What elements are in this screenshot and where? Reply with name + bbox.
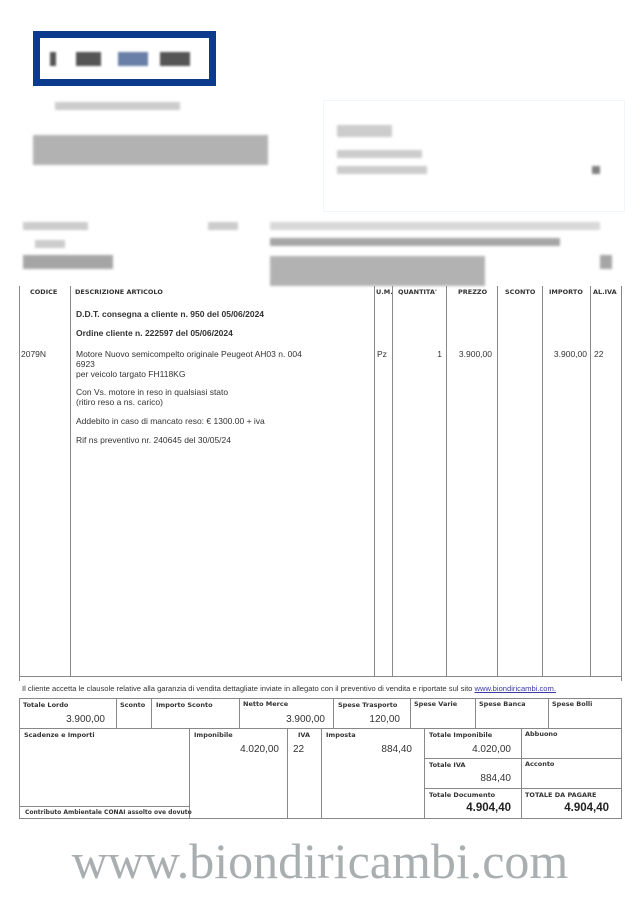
item-price: 3.900,00 <box>448 349 492 359</box>
col-header-descrizione: DESCRIZIONE ARTICOLO <box>75 288 163 296</box>
doc-info-redacted-7 <box>270 256 485 286</box>
note-return-2: (ritiro reso a ns. carico) <box>76 397 163 407</box>
ddt-reference: D.D.T. consegna a cliente n. 950 del 05/… <box>76 309 264 319</box>
note-quote-ref: Rif ns preventivo nr. 240645 del 30/05/2… <box>76 435 231 445</box>
spese-trasporto-label: Spese Trasporto <box>338 701 397 709</box>
order-reference: Ordine cliente n. 222597 del 05/06/2024 <box>76 328 233 338</box>
col-header-importo: IMPORTO <box>549 288 583 296</box>
item-description-line-3: per veicolo targato FH118KG <box>76 369 185 379</box>
totale-da-pagare-value: 4.904,40 <box>525 802 609 814</box>
doc-info-redacted-6 <box>270 238 560 246</box>
totale-iva-value: 884,40 <box>429 773 511 784</box>
spese-bolli-label: Spese Bolli <box>552 700 592 708</box>
company-logo-redacted <box>33 31 216 86</box>
netto-merce-label: Netto Merce <box>243 700 288 708</box>
col-header-prezzo: PREZZO <box>458 288 487 296</box>
item-amount: 3.900,00 <box>544 349 587 359</box>
sconto-label: Sconto <box>120 701 145 709</box>
importo-sconto-label: Importo Sconto <box>156 701 213 709</box>
recipient-name-redacted <box>337 125 392 137</box>
item-description-line-1: Motore Nuovo semicompelto originale Peug… <box>76 349 302 359</box>
scadenze-label: Scadenze e Importi <box>24 731 95 739</box>
sender-details-redacted <box>33 135 268 165</box>
item-quantity: 1 <box>400 349 442 359</box>
spese-varie-label: Spese Varie <box>414 700 457 708</box>
col-header-aliva: AL.IVA <box>593 288 617 296</box>
imponibile-label: Imponibile <box>194 731 233 739</box>
totale-imponibile-label: Totale Imponibile <box>429 731 492 739</box>
totale-documento-label: Totale Documento <box>429 791 495 799</box>
note-charge: Addebito in caso di mancato reso: € 1300… <box>76 416 265 426</box>
totale-imponibile-value: 4.020,00 <box>429 744 511 755</box>
doc-info-redacted-1 <box>23 222 88 230</box>
iva-label: IVA <box>298 731 310 739</box>
abbuono-label: Abbuono <box>525 730 558 738</box>
conai-note: Contributo Ambientale CONAI assolto ove … <box>25 809 192 816</box>
recipient-street-redacted <box>337 150 422 158</box>
recipient-city-redacted <box>337 166 427 174</box>
totale-iva-label: Totale IVA <box>429 761 465 769</box>
imposta-value: 884,40 <box>326 744 412 755</box>
col-header-quantita: QUANTITA' <box>398 288 437 296</box>
doc-info-redacted-5 <box>270 222 600 230</box>
netto-merce-value: 3.900,00 <box>243 714 325 725</box>
totale-lordo-value: 3.900,00 <box>23 714 105 725</box>
totale-documento-value: 4.904,40 <box>429 802 511 814</box>
totale-lordo-label: Totale Lordo <box>23 701 68 709</box>
iva-value: 22 <box>293 744 304 755</box>
col-header-sconto: SCONTO <box>505 288 535 296</box>
imposta-label: Imposta <box>326 731 356 739</box>
imponibile-value: 4.020,00 <box>194 744 279 755</box>
item-um: Pz <box>377 349 387 359</box>
item-vat-rate: 22 <box>594 349 603 359</box>
spese-trasporto-value: 120,00 <box>338 714 400 725</box>
doc-info-redacted-4 <box>208 222 238 230</box>
website-watermark: www.biondiricambi.com <box>0 832 640 890</box>
col-header-codice: CODICE <box>30 288 57 296</box>
spese-banca-label: Spese Banca <box>479 700 526 708</box>
acconto-label: Acconto <box>525 760 554 768</box>
doc-info-redacted-2 <box>35 240 65 248</box>
recipient-extra-redacted <box>592 166 600 174</box>
sender-address-redacted <box>55 102 180 110</box>
item-code: 2079N <box>21 349 46 359</box>
note-return-1: Con Vs. motore in reso in qualsiasi stat… <box>76 387 228 397</box>
doc-info-redacted-8 <box>600 255 612 269</box>
item-description-line-2: 6923 <box>76 359 95 369</box>
warranty-clause: Il cliente accetta le clausole relative … <box>22 684 556 693</box>
warranty-clause-text: Il cliente accetta le clausole relative … <box>22 684 475 693</box>
totale-da-pagare-label: TOTALE DA PAGARE <box>525 791 596 799</box>
doc-info-redacted-3 <box>23 255 113 269</box>
website-link[interactable]: www.biondiricambi.com. <box>475 684 556 693</box>
col-header-um: U.M. <box>376 288 393 296</box>
